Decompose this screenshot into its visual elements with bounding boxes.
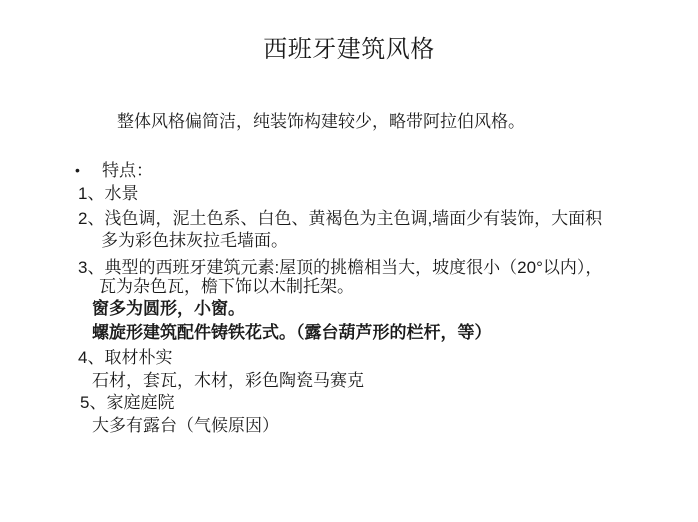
bullet-icon: • [75, 159, 102, 181]
item-2-continued: 多为彩色抹灰拉毛墙面。 [101, 230, 288, 252]
item-1-water-feature: 1、水景 [78, 183, 138, 205]
item-3-windows-note: 窗多为圆形，小窗。 [92, 298, 245, 320]
item-4-materials-list: 石材，套瓦，木材，彩色陶瓷马赛克 [92, 370, 364, 392]
item-4-simple-materials: 4、取材朴实 [78, 347, 172, 369]
item-5-terrace-note: 大多有露台（气候原因） [92, 415, 279, 437]
features-heading: 特点： [102, 161, 153, 180]
item-3-spiral-ironwork-note: 螺旋形建筑配件铸铁花式。（露台葫芦形的栏杆，等） [92, 322, 492, 344]
features-heading-row: •特点： [75, 159, 153, 182]
intro-text: 整体风格偏简洁，纯装饰构建较少，略带阿拉伯风格。 [117, 110, 525, 134]
presentation-slide: 西班牙建筑风格 整体风格偏简洁，纯装饰构建较少，略带阿拉伯风格。 •特点： 1、… [0, 0, 698, 522]
slide-title: 西班牙建筑风格 [0, 36, 698, 64]
item-3-continued: 瓦为杂色瓦，檐下饰以木制托架。 [99, 276, 354, 298]
item-2-light-colors: 2、浅色调，泥土色系、白色、黄褐色为主色调,墙面少有装饰，大面积 [78, 208, 602, 230]
item-5-family-courtyard: 5、家庭庭院 [80, 392, 174, 414]
